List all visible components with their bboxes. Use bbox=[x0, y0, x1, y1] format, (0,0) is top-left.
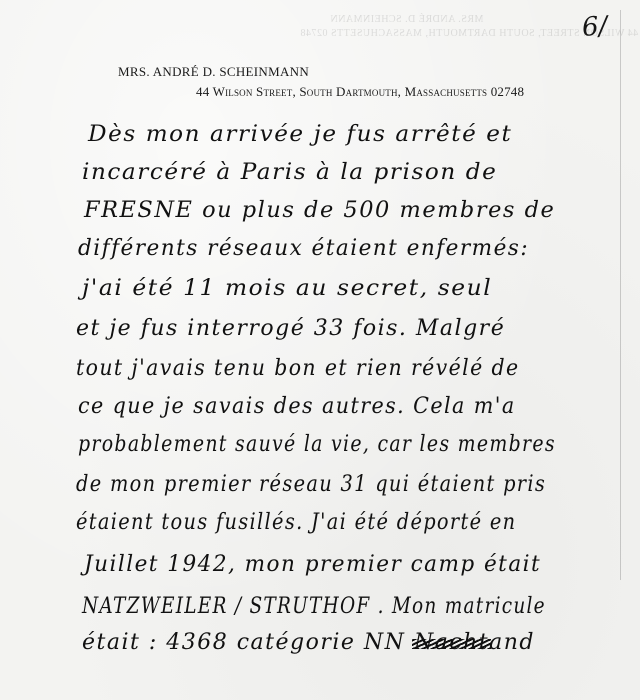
handwritten-line-last: était : 4368 catégorie NN Nachtand bbox=[82, 630, 535, 655]
handwritten-line: NATZWEILER / STRUTHOF . Mon matricule bbox=[82, 594, 546, 619]
handwritten-line: Dès mon arrivée je fus arrêté et bbox=[88, 122, 512, 147]
handwritten-line-text: était : 4368 catégorie NN bbox=[82, 630, 405, 655]
handwritten-line: différents réseaux étaient enfermés: bbox=[78, 236, 529, 261]
handwritten-line: Juillet 1942, mon premier camp était bbox=[84, 552, 541, 577]
handwritten-line: probablement sauvé la vie, car les membr… bbox=[78, 432, 556, 457]
handwritten-body: Dès mon arrivée je fus arrêté et incarcé… bbox=[0, 0, 640, 700]
handwritten-line: ce que je savais des autres. Cela m'a bbox=[78, 394, 516, 419]
handwritten-line: tout j'avais tenu bon et rien révélé de bbox=[76, 356, 519, 381]
struck-out-word: Nacht bbox=[414, 630, 489, 655]
handwritten-line: de mon premier réseau 31 qui étaient pri… bbox=[76, 472, 546, 497]
handwritten-line: étaient tous fusillés. J'ai été déporté … bbox=[76, 510, 516, 535]
handwritten-line: FRESNE ou plus de 500 membres de bbox=[84, 198, 555, 223]
handwritten-line: j'ai été 11 mois au secret, seul bbox=[82, 276, 492, 301]
trailing-word: and bbox=[489, 630, 535, 655]
handwritten-line: incarcéré à Paris à la prison de bbox=[82, 160, 497, 185]
handwritten-line: et je fus interrogé 33 fois. Malgré bbox=[76, 316, 505, 341]
